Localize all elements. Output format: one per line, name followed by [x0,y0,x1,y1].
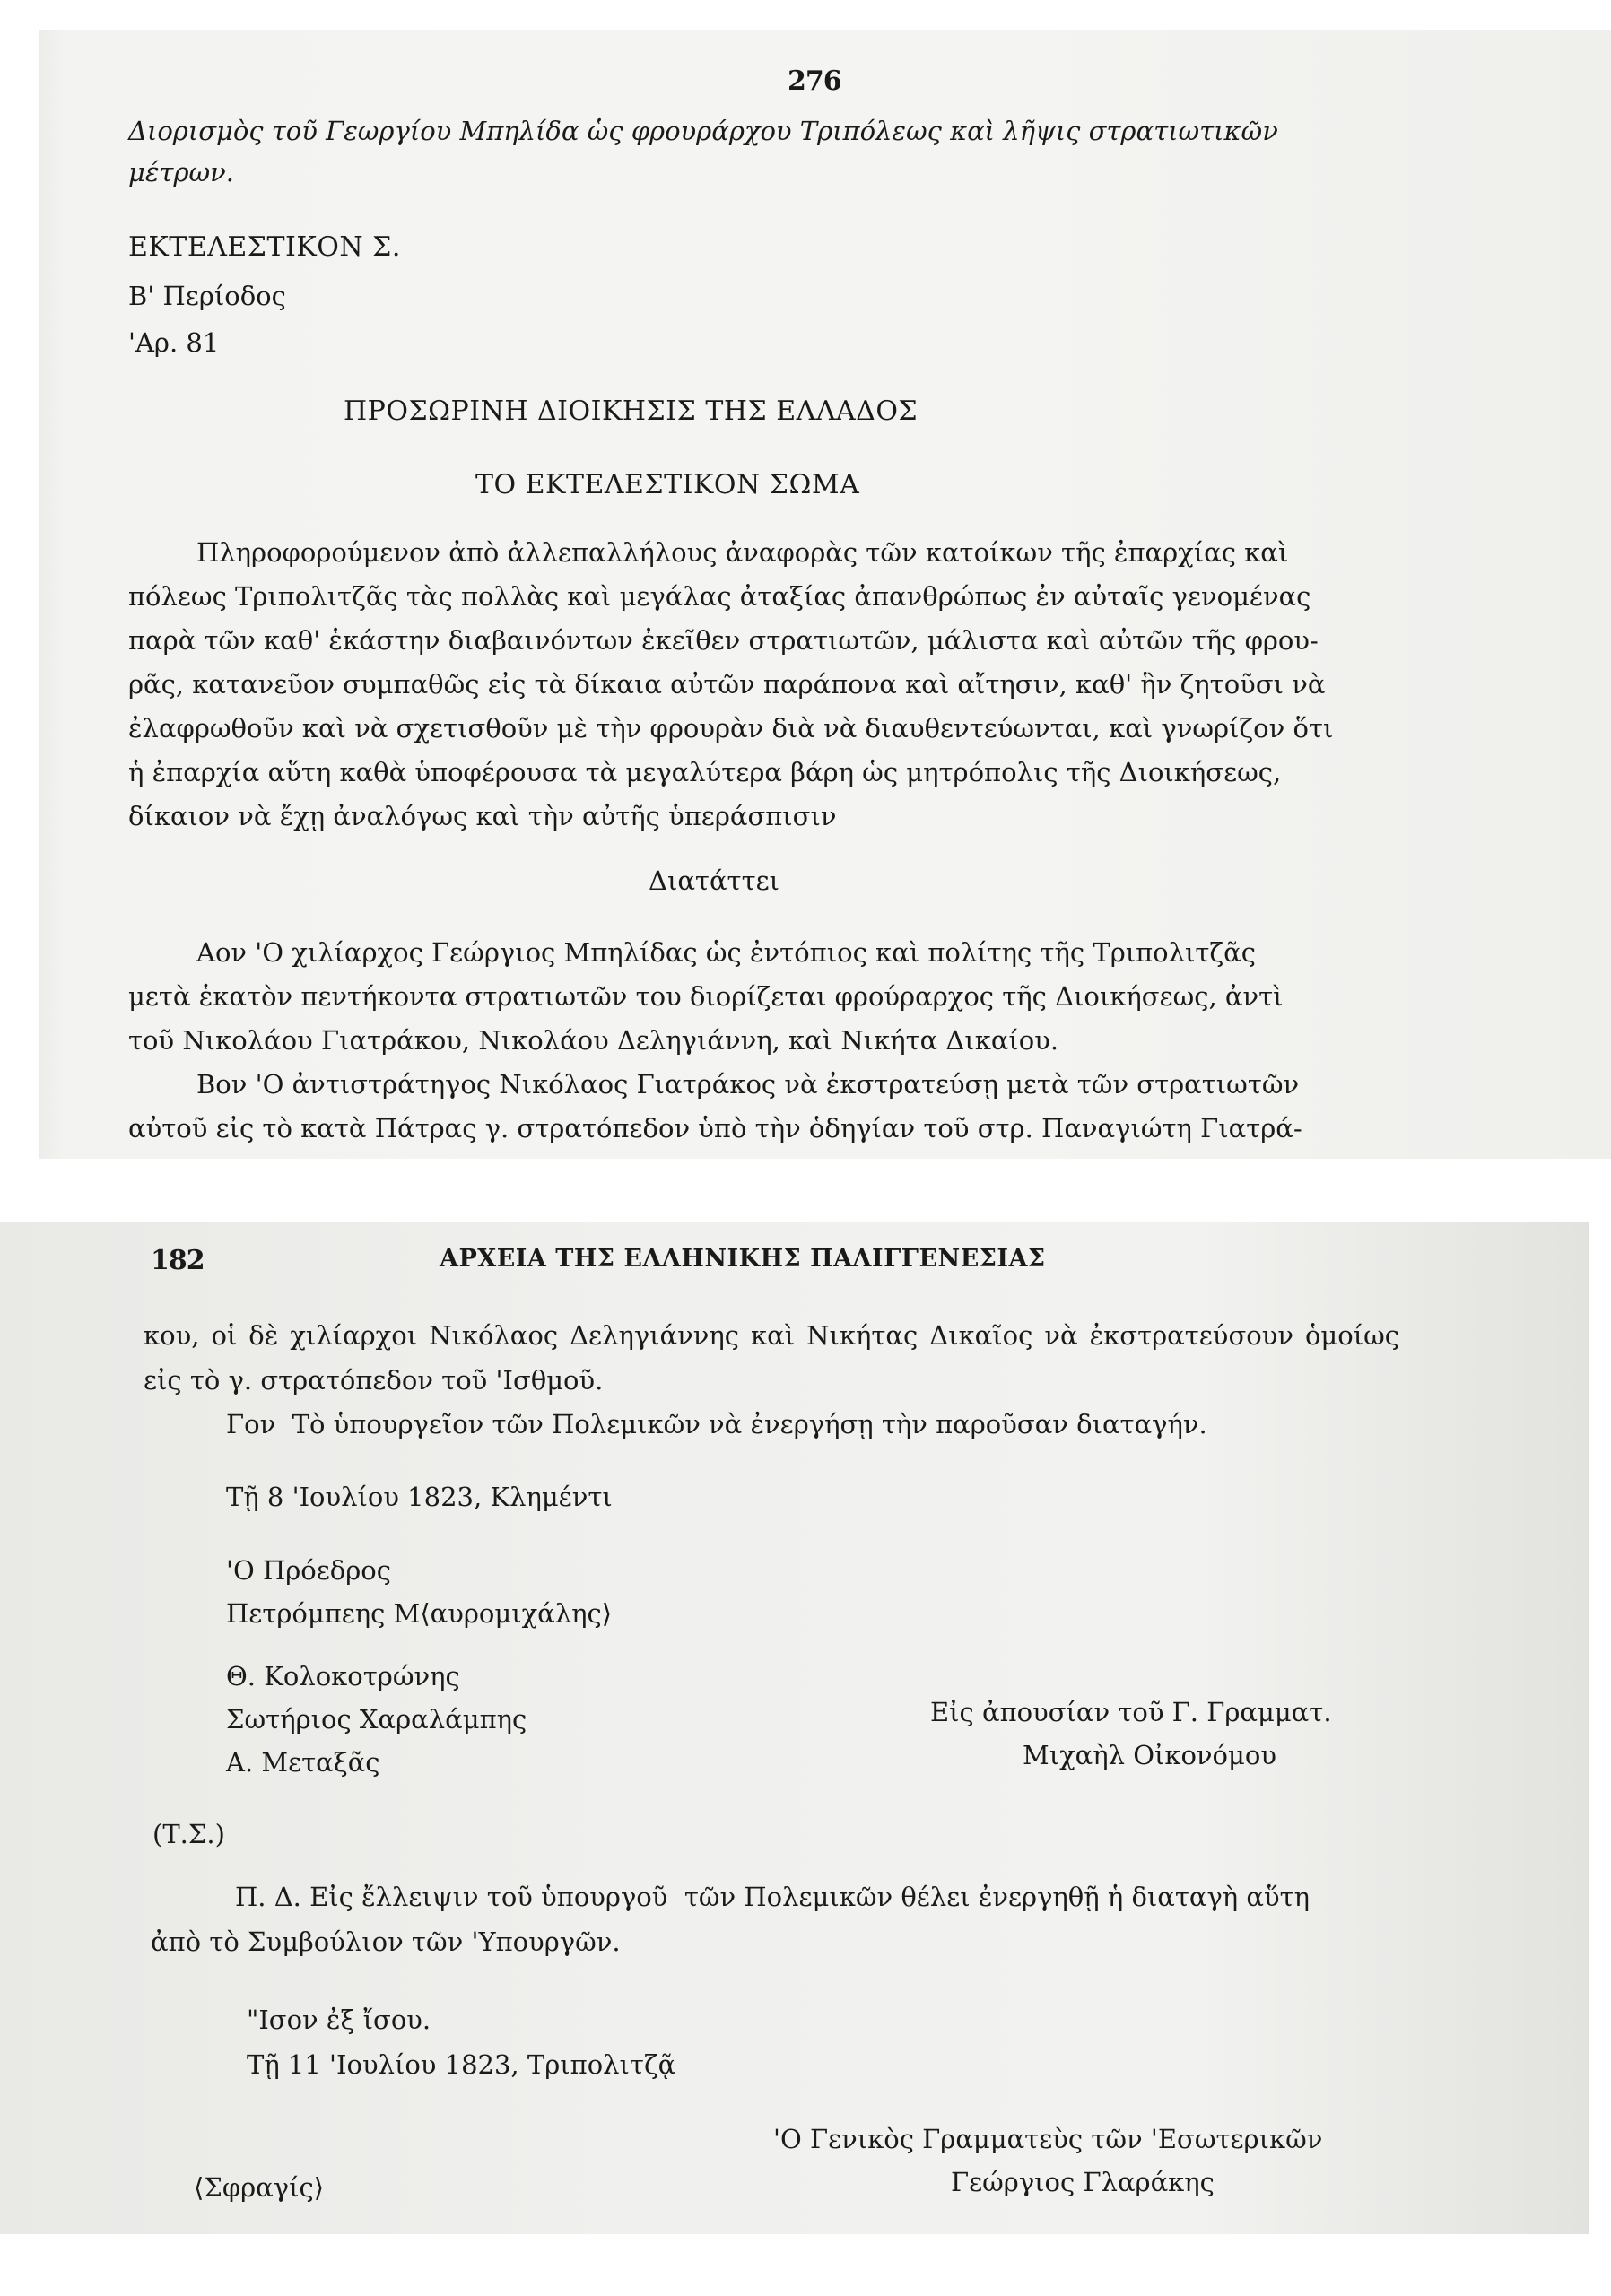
preamble-line: δίκαιον νὰ ἔχῃ ἀναλόγως καὶ τὴν αὐτῆς ὑπ… [128,801,836,831]
article-a-line: μετὰ ἑκατὸν πεντήκοντα στρατιωτῶν του δι… [128,981,1120,1012]
president-name: Πετρόμπεης Μ⟨αυρομιχάλης⟩ [226,1598,612,1629]
postscript-line: Π. Δ. Εἰς ἔλλειψιν τοῦ ὑπουργοῦ τῶν Πολε… [235,1882,1310,1912]
preamble-line: ρᾶς, κατανεῦον συμπαθῶς εἰς τὰ δίκαια αὐ… [128,669,1120,700]
article-c: Γον Τὸ ὑπουργεῖον τῶν Πολεμικῶν νὰ ἐνεργ… [226,1409,1207,1439]
signatory: Σωτήριος Χαραλάμπης [226,1704,527,1735]
article-b-line: Βον 'Ο ἀντιστράτηγος Νικόλαος Γιατράκος … [196,1069,1120,1100]
signatory: Α. Μεταξᾶς [226,1747,380,1778]
article-a-line: Αον 'Ο χιλίαρχος Γεώργιος Μπηλίδας ὡς ἐν… [196,937,1120,968]
seal-mark: (Τ.Σ.) [152,1819,225,1849]
document-page-276: 276 Διορισμὸς τοῦ Γεωργίου Μπηλίδα ὡς φρ… [39,30,1611,1159]
source-number: 'Αρ. 81 [128,327,219,358]
copy-note: "Ισον ἐξ ἴσου. [247,2005,431,2035]
source-period: Β' Περίοδος [128,281,286,311]
signatory: Θ. Κολοκοτρώνης [226,1661,460,1692]
preamble-line: ἡ ἐπαρχία αὕτη καθὰ ὑποφέρουσα τὰ μεγαλύ… [128,757,1120,787]
secretary-name: Μιχαὴλ Οἰκονόμου [1023,1740,1276,1770]
president-title: 'Ο Πρόεδρος [226,1555,391,1586]
document-page-182: 182 ΑΡΧΕΙΑ ΤΗΣ ΕΛΛΗΝΙΚΗΣ ΠΑΛΙΓΓΕΝΕΣΙΑΣ κ… [0,1222,1589,2234]
heading-provisional-administration: ΠΡΟΣΩΡΙΝΗ ΔΙΟΙΚΗΣΙΣ ΤΗΣ ΕΛΛΑΔΟΣ [344,396,918,427]
continuation-line: κου, οἱ δὲ χιλίαρχοι Νικόλαος Δεληγιάννη… [144,1320,1399,1351]
general-secretary-title: 'Ο Γενικὸς Γραμματεὺς τῶν 'Εσωτερικῶν [773,2124,1322,2154]
preamble-line: παρὰ τῶν καθ' ἑκάστην διαβαινόντων ἐκεῖθ… [128,625,1120,656]
article-b-line: αὐτοῦ εἰς τὸ κατὰ Πάτρας γ. στρατόπεδον … [128,1113,1120,1144]
page-number: 276 [788,65,841,97]
secretary-note: Εἰς ἀπουσίαν τοῦ Γ. Γραμματ. [930,1697,1332,1727]
document-title-line-1: Διορισμὸς τοῦ Γεωργίου Μπηλίδα ὡς φρουρά… [128,116,1278,146]
copy-date: Τῇ 11 'Ιουλίου 1823, Τριπολιτζᾷ [247,2049,675,2080]
source-collection: ΕΚΤΕΛΕΣΤΙΚΟΝ Σ. [128,231,401,263]
article-a-line: τοῦ Νικολάου Γιατράκου, Νικολάου Δεληγιά… [128,1025,1058,1056]
preamble-line: πόλεως Τριπολιτζᾶς τὰς πολλὰς καὶ μεγάλα… [128,581,1120,612]
seal-label: ⟨Σφραγίς⟩ [194,2172,324,2203]
document-title-line-2: μέτρων. [128,157,234,187]
continuation-line: εἰς τὸ γ. στρατόπεδον τοῦ 'Ισθμοῦ. [144,1365,603,1396]
postscript-line: ἀπὸ τὸ Συμβούλιον τῶν 'Υπουργῶν. [151,1926,621,1957]
preamble-line: ἐλαφρωθοῦν καὶ νὰ σχετισθοῦν μὲ τὴν φρου… [128,713,1120,744]
general-secretary-name: Γεώργιος Γλαράκης [951,2167,1215,2197]
decrees-label: Διατάττει [649,865,779,896]
running-head: ΑΡΧΕΙΑ ΤΗΣ ΕΛΛΗΝΙΚΗΣ ΠΑΛΙΓΓΕΝΕΣΙΑΣ [440,1245,1046,1273]
date-place: Τῇ 8 'Ιουλίου 1823, Κλημέντι [226,1482,613,1512]
page-number: 182 [151,1245,205,1276]
preamble-line: Πληροφορούμενον ἀπὸ ἀλλεπαλλήλους ἀναφορ… [196,537,1120,568]
heading-executive-body: ΤΟ ΕΚΤΕΛΕΣΤΙΚΟΝ ΣΩΜΑ [475,469,859,500]
